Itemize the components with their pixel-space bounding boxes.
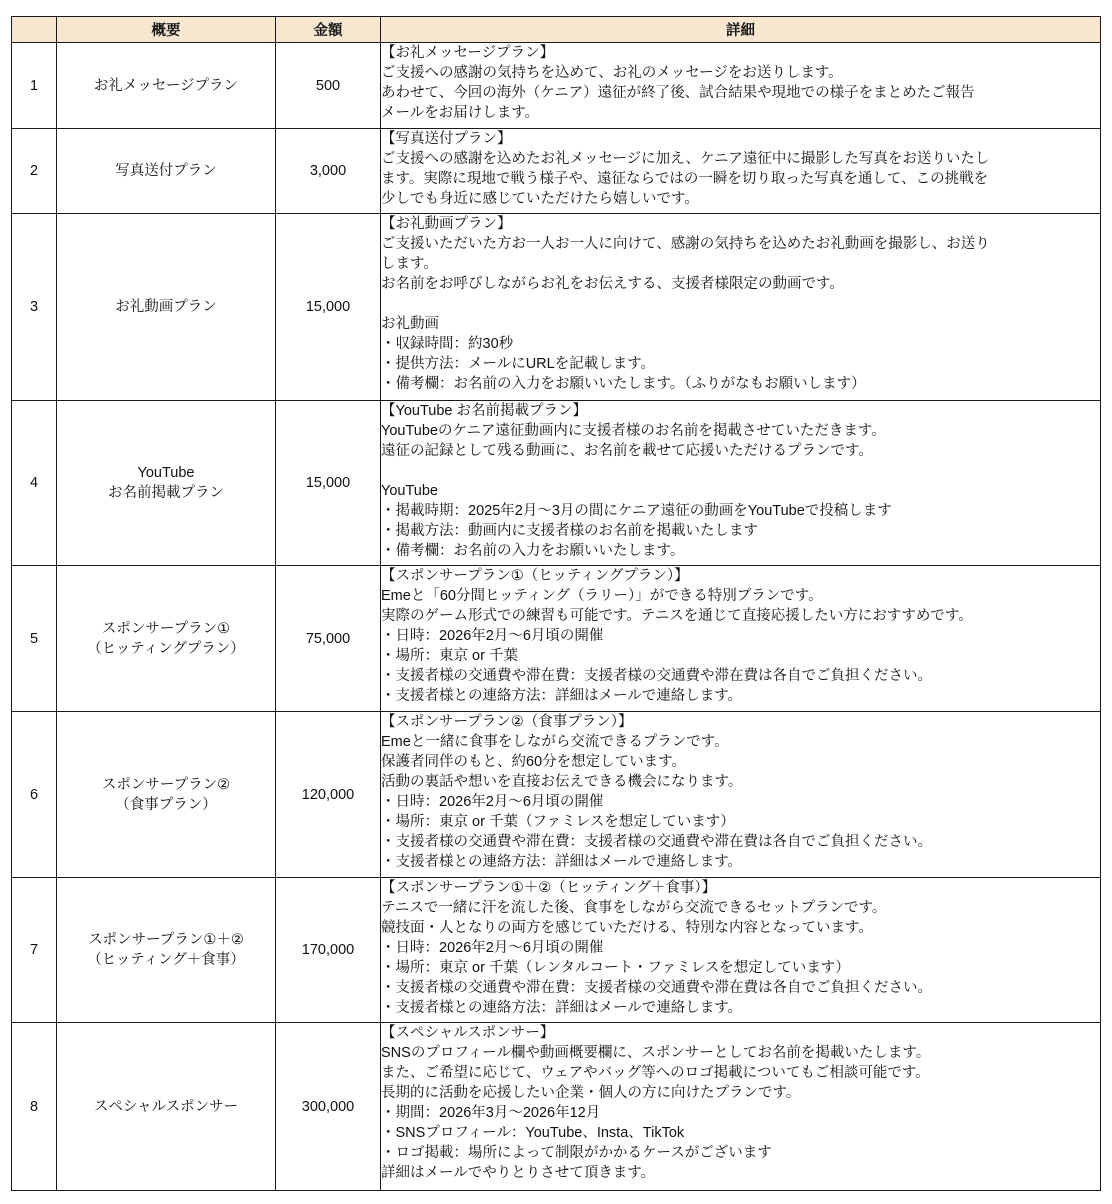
plan-number: 6 [12,712,57,878]
table-row: 5スポンサープラン①（ヒッティングプラン）75,000【スポンサープラン①（ヒッ… [12,566,1101,712]
plan-name-line: スペシャルスポンサー [57,1097,275,1117]
plan-price: 500 [276,43,381,129]
plan-name: スポンサープラン②（食事プラン） [57,712,276,878]
plan-detail-line: ご支援への感謝を込めたお礼メッセージに加え、ケニア遠征中に撮影した写真をお送りい… [381,149,1100,169]
plan-detail-line: また、ご希望に応じて、ウェアやバッグ等へのロゴ掲載についてもご相談可能です。 [381,1063,1100,1083]
table-row: 8スペシャルスポンサー300,000【スペシャルスポンサー】SNSのプロフィール… [12,1023,1101,1191]
plan-detail-line: します。 [381,254,1100,274]
plan-name: スペシャルスポンサー [57,1023,276,1191]
plan-detail-line: メールをお届けします。 [381,103,1100,123]
plan-detail-line: ・掲載方法：動画内に支援者様のお名前を掲載いたします [381,521,1100,541]
plan-detail-line: ・掲載時期：2025年2月〜3月の間にケニア遠征の動画をYouTubeで投稿しま… [381,501,1100,521]
plan-name: スポンサープラン①＋②（ヒッティング＋食事） [57,878,276,1023]
plan-detail-line: ・ロゴ掲載：場所によって制限がかかるケースがございます [381,1143,1100,1163]
plan-detail-line: ・支援者様との連絡方法：詳細はメールで連絡します。 [381,852,1100,872]
plan-price: 75,000 [276,566,381,712]
plan-detail-line: ・収録時間：約30秒 [381,334,1100,354]
plan-detail-line: ・備考欄：お名前の入力をお願いいたします。（ふりがなもお願いします） [381,374,1100,394]
table-row: 2写真送付プラン3,000【写真送付プラン】ご支援への感謝を込めたお礼メッセージ… [12,129,1101,214]
plan-detail: 【写真送付プラン】ご支援への感謝を込めたお礼メッセージに加え、ケニア遠征中に撮影… [381,129,1101,214]
plan-number: 1 [12,43,57,129]
plan-detail: 【スポンサープラン①（ヒッティングプラン）】Emeと「60分間ヒッティング（ラリ… [381,566,1101,712]
plan-detail-line: ・場所：東京 or 千葉（ファミレスを想定しています） [381,812,1100,832]
plan-number: 5 [12,566,57,712]
plan-detail: 【スポンサープラン①＋②（ヒッティング＋食事）】テニスで一緒に汗を流した後、食事… [381,878,1101,1023]
plan-detail: 【お礼動画プラン】ご支援いただいた方お一人お一人に向けて、感謝の気持ちを込めたお… [381,214,1101,401]
plan-detail-line: 【YouTube お名前掲載プラン】 [381,401,1100,421]
plan-detail-line: 長期的に活動を応援したい企業・個人の方に向けたプランです。 [381,1083,1100,1103]
plan-detail: 【スペシャルスポンサー】SNSのプロフィール欄や動画概要欄に、スポンサーとしてお… [381,1023,1101,1191]
plan-detail-line [381,461,1100,481]
plan-detail-line: 【スポンサープラン②（食事プラン）】 [381,712,1100,732]
plan-name-line: （ヒッティング＋食事） [57,950,275,970]
plan-detail-line: ・期間：2026年3月〜2026年12月 [381,1103,1100,1123]
plan-detail-line: 実際のゲーム形式での練習も可能です。テニスを通じて直接応援したい方におすすめです… [381,606,1100,626]
plan-detail-line: お礼動画 [381,314,1100,334]
header-detail: 詳細 [381,17,1101,43]
plan-detail-line: 【スポンサープラン①＋②（ヒッティング＋食事）】 [381,878,1100,898]
table-row: 1お礼メッセージプラン500【お礼メッセージプラン】ご支援への感謝の気持ちを込め… [12,43,1101,129]
plan-detail-line: ・日時：2026年2月〜6月頃の開催 [381,938,1100,958]
plan-name-line: スポンサープラン①＋② [57,930,275,950]
plan-detail-line: 少しでも身近に感じていただけたら嬉しいです。 [381,189,1100,209]
plan-number: 2 [12,129,57,214]
plan-name: スポンサープラン①（ヒッティングプラン） [57,566,276,712]
plan-detail-line: ・支援者様との連絡方法：詳細はメールで連絡します。 [381,686,1100,706]
header-name: 概要 [57,17,276,43]
plan-number: 8 [12,1023,57,1191]
plan-name-line: （ヒッティングプラン） [57,639,275,659]
plan-detail-line: ご支援いただいた方お一人お一人に向けて、感謝の気持ちを込めたお礼動画を撮影し、お… [381,234,1100,254]
plan-rows: 1お礼メッセージプラン500【お礼メッセージプラン】ご支援への感謝の気持ちを込め… [12,43,1101,1191]
plan-detail-line: ・支援者様との連絡方法：詳細はメールで連絡します。 [381,998,1100,1018]
plan-name: お礼動画プラン [57,214,276,401]
plan-name: 写真送付プラン [57,129,276,214]
plan-detail-line: ・場所：東京 or 千葉 [381,646,1100,666]
plan-detail: 【YouTube お名前掲載プラン】YouTubeのケニア遠征動画内に支援者様の… [381,401,1101,566]
plan-name-line: お礼動画プラン [57,297,275,317]
table-row: 4YouTubeお名前掲載プラン15,000【YouTube お名前掲載プラン】… [12,401,1101,566]
plan-detail-line: 競技面・人となりの両方を感じていただける、特別な内容となっています。 [381,918,1100,938]
plan-detail: 【スポンサープラン②（食事プラン）】Emeと一緒に食事をしながら交流できるプラン… [381,712,1101,878]
plan-detail-line: ます。実際に現地で戦う様子や、遠征ならではの一瞬を切り取った写真を通して、この挑… [381,169,1100,189]
plan-detail-line: 【スポンサープラン①（ヒッティングプラン）】 [381,566,1100,586]
plan-name-line: YouTube [57,463,275,483]
plan-number: 7 [12,878,57,1023]
plan-detail-line: 【お礼動画プラン】 [381,214,1100,234]
plan-detail-line: 【スペシャルスポンサー】 [381,1023,1100,1043]
plan-detail-line: YouTubeのケニア遠征動画内に支援者様のお名前を掲載させていただきます。 [381,421,1100,441]
plan-number: 4 [12,401,57,566]
plan-name-line: （食事プラン） [57,795,275,815]
plan-name-line: スポンサープラン① [57,619,275,639]
header-row: 概要 金額 詳細 [12,17,1101,43]
plan-name-line: スポンサープラン② [57,775,275,795]
plan-detail-line: 【お礼メッセージプラン】 [381,43,1100,63]
plan-detail-line [381,294,1100,314]
plan-detail-line: 詳細はメールでやりとりさせて頂きます。 [381,1163,1100,1183]
plan-detail-line: 遠征の記録として残る動画に、お名前を載せて応援いただけるプランです。 [381,441,1100,461]
table-row: 6スポンサープラン②（食事プラン）120,000【スポンサープラン②（食事プラン… [12,712,1101,878]
plan-detail-line: SNSのプロフィール欄や動画概要欄に、スポンサーとしてお名前を掲載いたします。 [381,1043,1100,1063]
plan-detail-line: テニスで一緒に汗を流した後、食事をしながら交流できるセットプランです。 [381,898,1100,918]
plan-detail-line: YouTube [381,481,1100,501]
plan-name-line: 写真送付プラン [57,161,275,181]
plan-detail-line: ・SNSプロフィール：YouTube、Insta、TikTok [381,1123,1100,1143]
plan-detail-line: Emeと「60分間ヒッティング（ラリー）」ができる特別プランです。 [381,586,1100,606]
table-row: 7スポンサープラン①＋②（ヒッティング＋食事）170,000【スポンサープラン①… [12,878,1101,1023]
plans-table: 概要 金額 詳細 1お礼メッセージプラン500【お礼メッセージプラン】ご支援への… [11,16,1101,1191]
plan-detail-line: ・支援者様の交通費や滞在費：支援者様の交通費や滞在費は各自でご負担ください。 [381,666,1100,686]
plan-detail-line: ・日時：2026年2月〜6月頃の開催 [381,626,1100,646]
plan-detail-line: ・場所：東京 or 千葉（レンタルコート・ファミレスを想定しています） [381,958,1100,978]
plan-price: 170,000 [276,878,381,1023]
plan-detail-line: あわせて、今回の海外（ケニア）遠征が終了後、試合結果や現地での様子をまとめたご報… [381,83,1100,103]
plan-detail-line: ・備考欄：お名前の入力をお願いいたします。 [381,541,1100,561]
plan-detail: 【お礼メッセージプラン】ご支援への感謝の気持ちを込めて、お礼のメッセージをお送り… [381,43,1101,129]
plan-detail-line: Emeと一緒に食事をしながら交流できるプランです。 [381,732,1100,752]
plan-number: 3 [12,214,57,401]
plan-detail-line: ・支援者様の交通費や滞在費：支援者様の交通費や滞在費は各自でご負担ください。 [381,832,1100,852]
table-row: 3お礼動画プラン15,000【お礼動画プラン】ご支援いただいた方お一人お一人に向… [12,214,1101,401]
plan-price: 15,000 [276,214,381,401]
plan-detail-line: お名前をお呼びしながらお礼をお伝えする、支援者様限定の動画です。 [381,274,1100,294]
plan-detail-line: ・日時：2026年2月〜6月頃の開催 [381,792,1100,812]
plan-detail-line: 活動の裏話や想いを直接お伝えできる機会になります。 [381,772,1100,792]
plan-name: YouTubeお名前掲載プラン [57,401,276,566]
plan-name-line: お礼メッセージプラン [57,76,275,96]
plan-price: 120,000 [276,712,381,878]
plan-detail-line: 保護者同伴のもと、約60分を想定しています。 [381,752,1100,772]
plan-price: 300,000 [276,1023,381,1191]
header-price: 金額 [276,17,381,43]
plan-name-line: お名前掲載プラン [57,483,275,503]
header-no [12,17,57,43]
plan-detail-line: 【写真送付プラン】 [381,129,1100,149]
plan-price: 3,000 [276,129,381,214]
plan-detail-line: ・提供方法：メールにURLを記載します。 [381,354,1100,374]
plan-detail-line: ・支援者様の交通費や滞在費：支援者様の交通費や滞在費は各自でご負担ください。 [381,978,1100,998]
plan-name: お礼メッセージプラン [57,43,276,129]
plan-price: 15,000 [276,401,381,566]
plan-detail-line: ご支援への感謝の気持ちを込めて、お礼のメッセージをお送りします。 [381,63,1100,83]
